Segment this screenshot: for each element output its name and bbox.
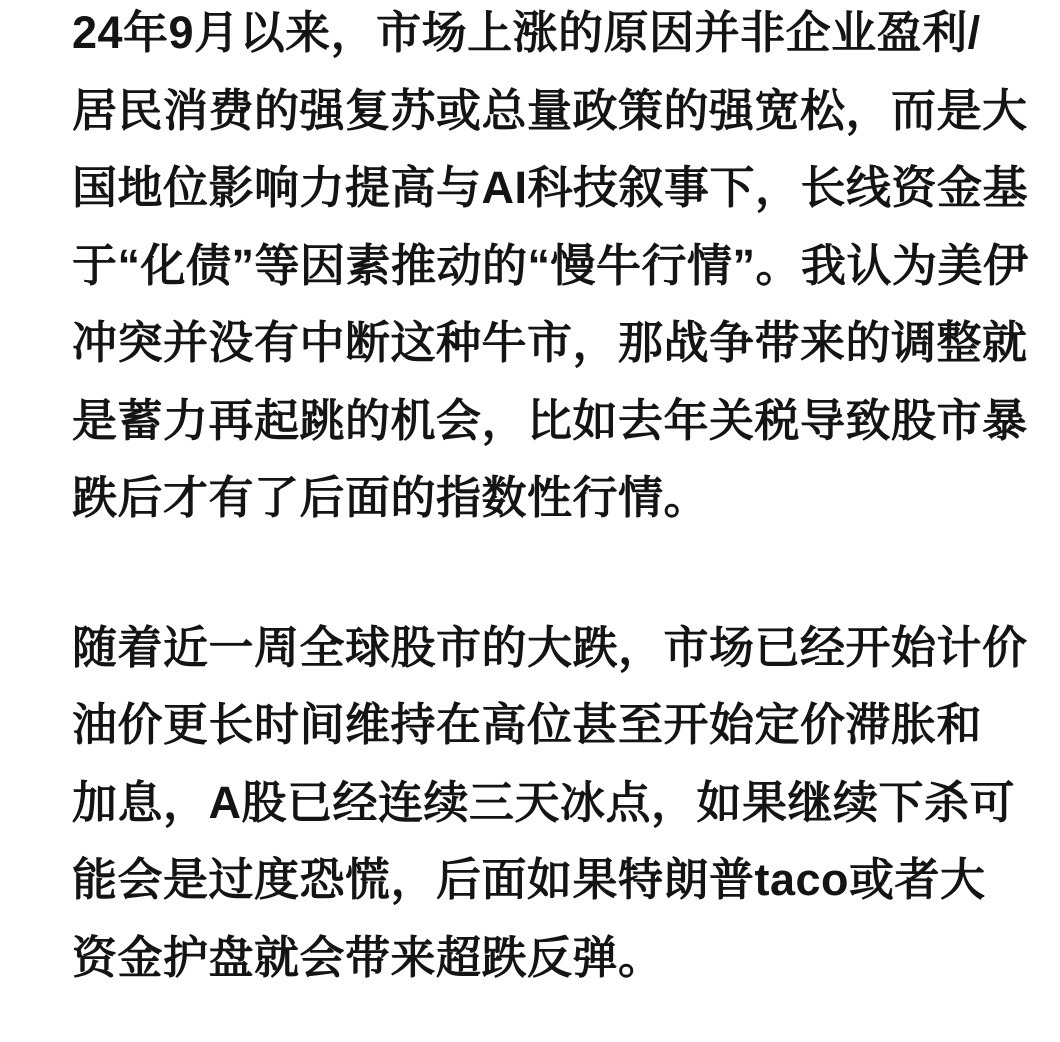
text-line: 是蓄力再起跳的机会，比如去年关税导致股市暴 xyxy=(72,382,1030,460)
paragraph-global-selloff: 随着近一周全球股市的大跌，市场已经开始计价 油价更长时间维持在高位甚至开始定价滞… xyxy=(72,609,1030,997)
text-line: 资金护盘就会带来超跌反弹。 xyxy=(72,919,1030,997)
text-line: 能会是过度恐慌，后面如果特朗普taco或者大 xyxy=(72,841,1030,919)
text-line: 24年9月以来，市场上涨的原因并非企业盈利/ xyxy=(72,0,1030,72)
text-line: 国地位影响力提高与AI科技叙事下，长线资金基 xyxy=(72,149,1030,227)
text-line: 油价更长时间维持在高位甚至开始定价滞胀和 xyxy=(72,686,1030,764)
text-line: 冲突并没有中断这种牛市，那战争带来的调整就 xyxy=(72,304,1030,382)
paragraph-market-rally: 24年9月以来，市场上涨的原因并非企业盈利/ 居民消费的强复苏或总量政策的强宽松… xyxy=(72,0,1030,537)
text-line: 加息，A股已经连续三天冰点，如果继续下杀可 xyxy=(72,764,1030,842)
article-body: 24年9月以来，市场上涨的原因并非企业盈利/ 居民消费的强复苏或总量政策的强宽松… xyxy=(0,0,1060,996)
text-line: 居民消费的强复苏或总量政策的强宽松，而是大 xyxy=(72,72,1030,150)
text-line: 跌后才有了后面的指数性行情。 xyxy=(72,459,1030,537)
text-line: 随着近一周全球股市的大跌，市场已经开始计价 xyxy=(72,609,1030,687)
text-line: 于“化债”等因素推动的“慢牛行情”。我认为美伊 xyxy=(72,227,1030,305)
